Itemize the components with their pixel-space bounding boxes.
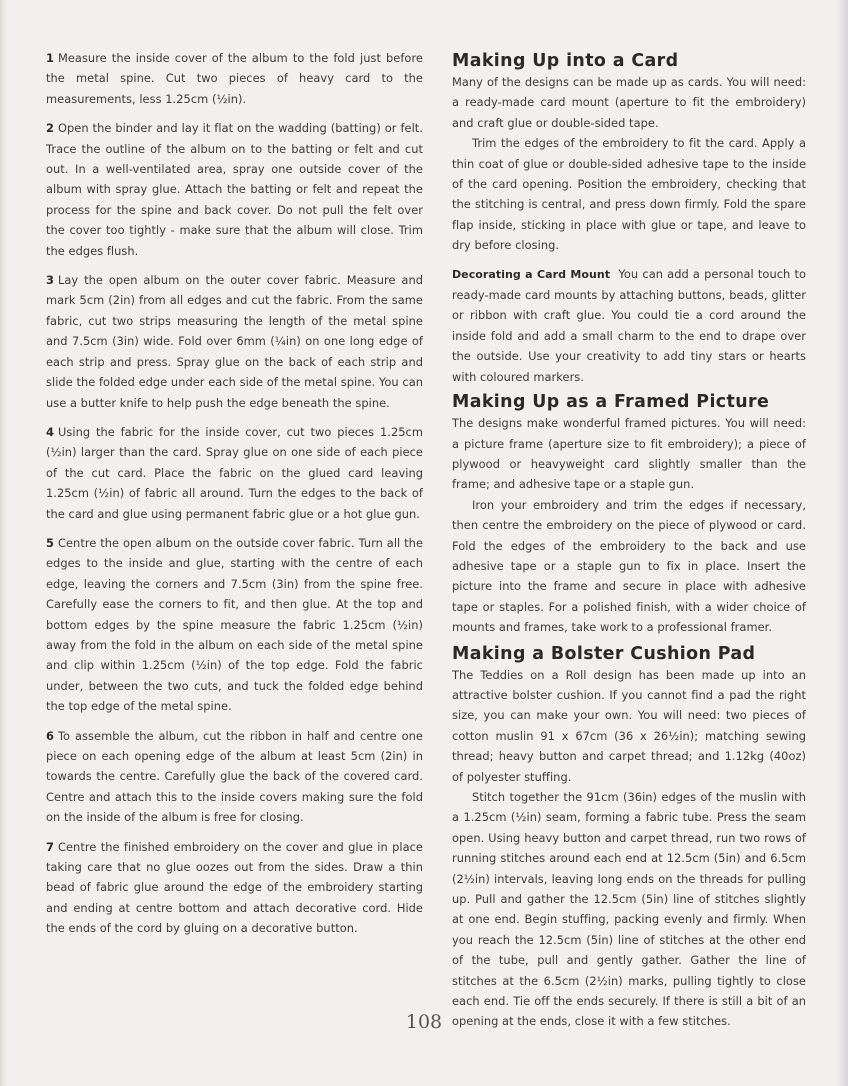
paragraph: Iron your embroidery and trim the edges …: [452, 495, 806, 638]
paragraph: Stitch together the 91cm (36in) edges of…: [452, 787, 806, 1032]
paragraph: Many of the designs can be made up as ca…: [452, 72, 806, 133]
card-section: Making Up into a Card Many of the design…: [452, 50, 806, 387]
paragraph: The designs make wonderful framed pictur…: [452, 413, 806, 495]
step-text: Centre the open album on the outside cov…: [46, 536, 423, 713]
step-number: 7: [46, 840, 54, 854]
right-column: Making Up into a Card Many of the design…: [452, 50, 806, 1032]
step-number: 2: [46, 121, 54, 135]
step-text: Open the binder and lay it flat on the w…: [46, 121, 423, 257]
subheading-decorating: Decorating a Card Mount: [452, 268, 610, 281]
step-1: 1Measure the inside cover of the album t…: [46, 48, 423, 109]
step-number: 6: [46, 729, 54, 743]
step-number: 1: [46, 51, 54, 65]
step-2: 2Open the binder and lay it flat on the …: [46, 118, 423, 261]
bolster-section: Making a Bolster Cushion Pad The Teddies…: [452, 643, 806, 1032]
left-column: 1Measure the inside cover of the album t…: [46, 48, 423, 948]
section-heading-framed: Making Up as a Framed Picture: [452, 391, 806, 413]
step-text: Lay the open album on the outer cover fa…: [46, 273, 423, 409]
step-text: Measure the inside cover of the album to…: [46, 51, 423, 106]
section-heading-card: Making Up into a Card: [452, 50, 806, 72]
decorating-paragraph: Decorating a Card Mount You can add a pe…: [452, 264, 806, 387]
page-edge-right: [836, 0, 848, 1086]
paragraph: Trim the edges of the embroidery to fit …: [452, 133, 806, 255]
step-3: 3Lay the open album on the outer cover f…: [46, 270, 423, 413]
subheading-text: You can add a personal touch to ready-ma…: [452, 267, 806, 384]
framed-section: Making Up as a Framed Picture The design…: [452, 391, 806, 637]
step-5: 5Centre the open album on the outside co…: [46, 533, 423, 717]
step-6: 6To assemble the album, cut the ribbon i…: [46, 726, 423, 828]
page-edge-left: [0, 0, 8, 1086]
step-number: 5: [46, 536, 54, 550]
paragraph: The Teddies on a Roll design has been ma…: [452, 665, 806, 787]
step-number: 3: [46, 273, 54, 287]
step-4: 4Using the fabric for the inside cover, …: [46, 422, 423, 524]
step-text: To assemble the album, cut the ribbon in…: [46, 729, 423, 825]
step-7: 7Centre the finished embroidery on the c…: [46, 837, 423, 939]
section-heading-bolster: Making a Bolster Cushion Pad: [452, 643, 806, 665]
page-number: 108: [0, 1011, 848, 1033]
step-text: Centre the finished embroidery on the co…: [46, 840, 423, 936]
step-number: 4: [46, 425, 54, 439]
step-text: Using the fabric for the inside cover, c…: [46, 425, 423, 521]
